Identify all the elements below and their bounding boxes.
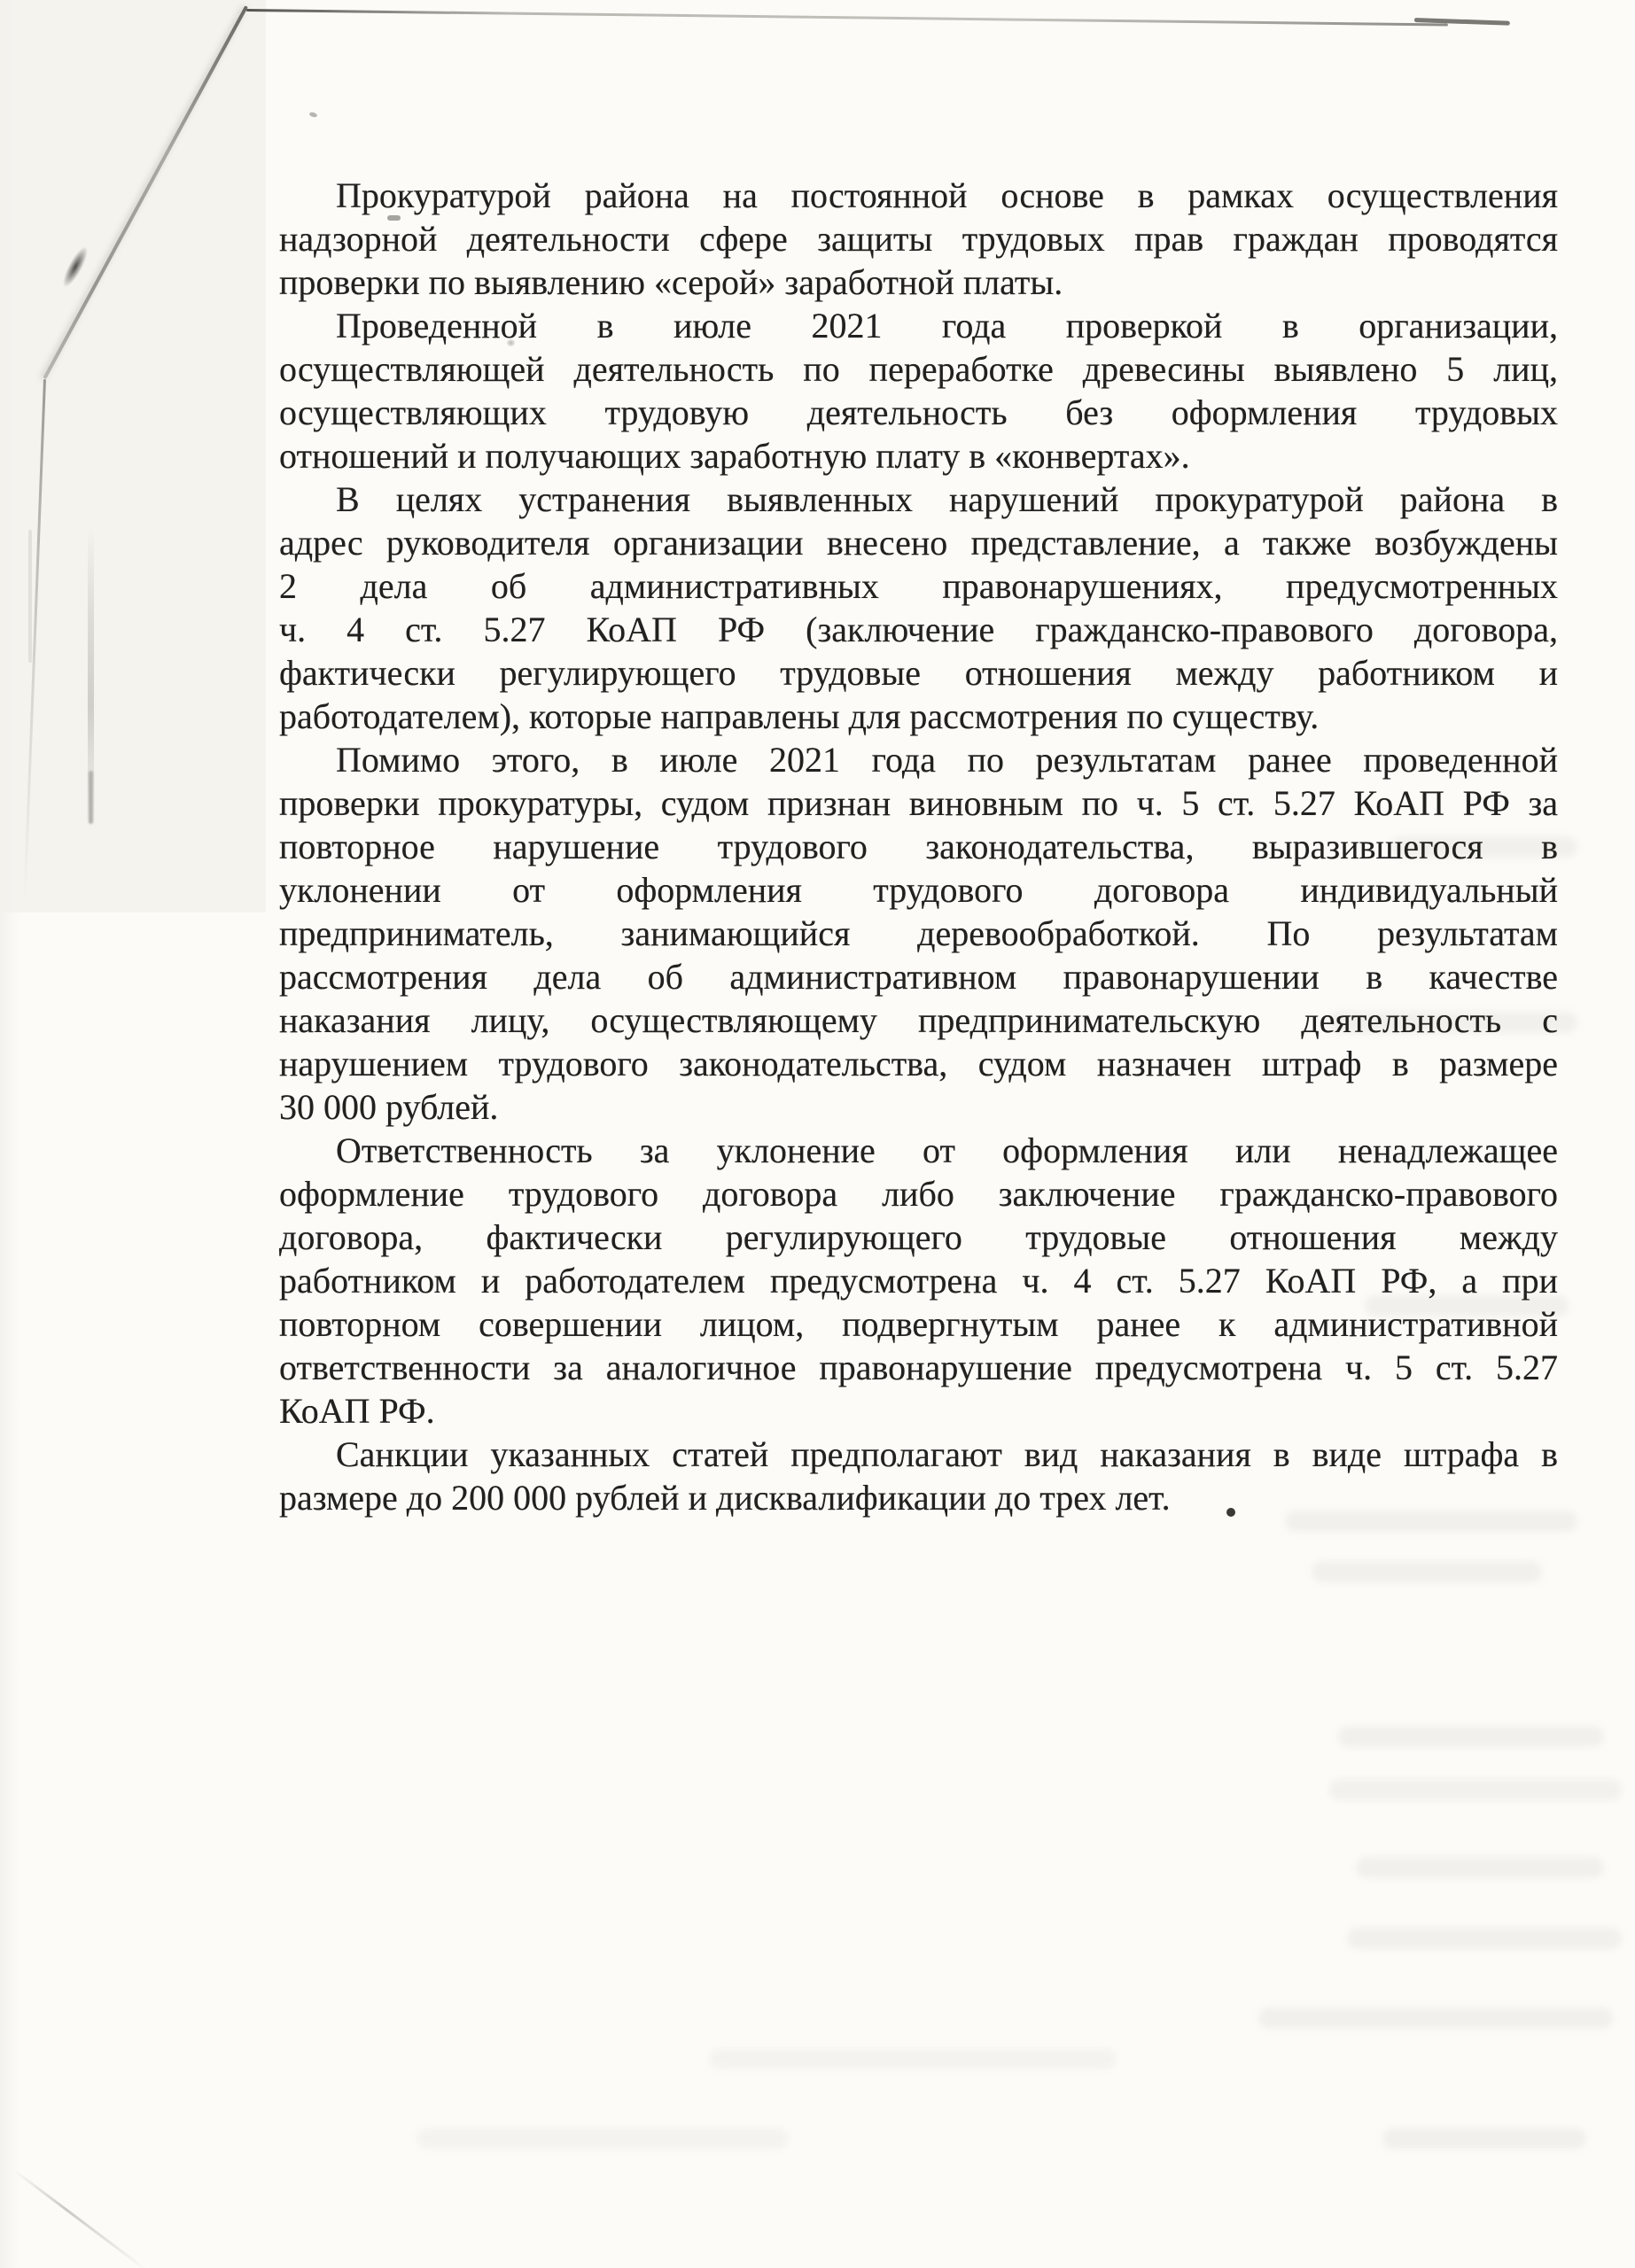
document-body: Прокуратурой района на постоянной основе… xyxy=(279,174,1558,1519)
text-line: Прокуратурой района на постоянной основе… xyxy=(279,174,1558,217)
bleed-through-mark xyxy=(1329,1779,1622,1800)
text-line: осуществляющей деятельность по переработ… xyxy=(279,347,1558,391)
scanned-page: Прокуратурой района на постоянной основе… xyxy=(0,0,1635,2268)
paragraph: Ответственность за уклонение от оформлен… xyxy=(279,1129,1558,1433)
text-line: Ответственность за уклонение от оформлен… xyxy=(279,1129,1558,1172)
text-line: 2 дела об административных правонарушени… xyxy=(279,564,1558,608)
text-line: осуществляющих трудовую деятельность без… xyxy=(279,391,1558,434)
paragraph: Проведенной в июле 2021 года проверкой в… xyxy=(279,304,1558,478)
paragraph: Прокуратурой района на постоянной основе… xyxy=(279,174,1558,304)
paragraph: В целях устранения выявленных нарушений … xyxy=(279,478,1558,738)
text-line: 30 000 рублей. xyxy=(279,1085,1558,1129)
text-line: повторном совершении лицом, подвергнутым… xyxy=(279,1302,1558,1346)
text-line: В целях устранения выявленных нарушений … xyxy=(279,478,1558,521)
text-line: фактически регулирующего трудовые отноше… xyxy=(279,651,1558,695)
text-line: работодателем), которые направлены для р… xyxy=(279,695,1558,738)
text-line: надзорной деятельности сфере защиты труд… xyxy=(279,217,1558,260)
scan-speck xyxy=(308,112,317,119)
text-line: наказания лицу, осуществляющему предприн… xyxy=(279,998,1558,1042)
text-line: предприниматель, занимающийся деревообра… xyxy=(279,912,1558,955)
scan-streak xyxy=(28,530,32,663)
page-top-edge-line xyxy=(246,9,1448,27)
paragraph: Помимо этого, в июле 2021 года по резуль… xyxy=(279,738,1558,1129)
text-line: нарушением трудового законодательства, с… xyxy=(279,1042,1558,1085)
bleed-through-mark xyxy=(1312,1561,1542,1582)
scanner-edge-strip xyxy=(0,0,19,2268)
scan-streak xyxy=(89,771,93,824)
text-line: ч. 4 ст. 5.27 КоАП РФ (заключение гражда… xyxy=(279,608,1558,651)
text-line: КоАП РФ. xyxy=(279,1389,1558,1433)
text-line: договора, фактически регулирующего трудо… xyxy=(279,1216,1558,1259)
bleed-through-mark xyxy=(417,2128,789,2149)
bleed-through-mark xyxy=(1356,1857,1604,1878)
text-line: проверки по выявлению «серой» заработной… xyxy=(279,260,1558,304)
text-line: работником и работодателем предусмотрена… xyxy=(279,1259,1558,1302)
bleed-through-mark xyxy=(1338,1726,1604,1747)
text-line: уклонении от оформления трудового догово… xyxy=(279,868,1558,912)
paragraph: Санкции указанных статей предполагают ви… xyxy=(279,1433,1558,1519)
bleed-through-mark xyxy=(1347,1928,1622,1949)
text-line: отношений и получающих заработную плату … xyxy=(279,434,1558,478)
text-line: ответственности за аналогичное правонару… xyxy=(279,1346,1558,1389)
text-line: Проведенной в июле 2021 года проверкой в… xyxy=(279,304,1558,347)
text-line: оформление трудового договора либо заклю… xyxy=(279,1172,1558,1216)
text-line: Помимо этого, в июле 2021 года по резуль… xyxy=(279,738,1558,781)
text-line: адрес руководителя организации внесено п… xyxy=(279,521,1558,564)
text-line: повторное нарушение трудового законодате… xyxy=(279,825,1558,868)
text-line: размере до 200 000 рублей и дисквалифика… xyxy=(279,1476,1558,1519)
text-line: проверки прокуратуры, судом признан вино… xyxy=(279,781,1558,825)
text-line: рассмотрения дела об административном пр… xyxy=(279,955,1558,998)
text-line: Санкции указанных статей предполагают ви… xyxy=(279,1433,1558,1476)
bleed-through-mark xyxy=(1382,2128,1586,2149)
page-bottom-left-edge-line xyxy=(12,2169,147,2268)
bleed-through-mark xyxy=(1258,2008,1613,2029)
bleed-through-mark xyxy=(709,2048,1117,2070)
